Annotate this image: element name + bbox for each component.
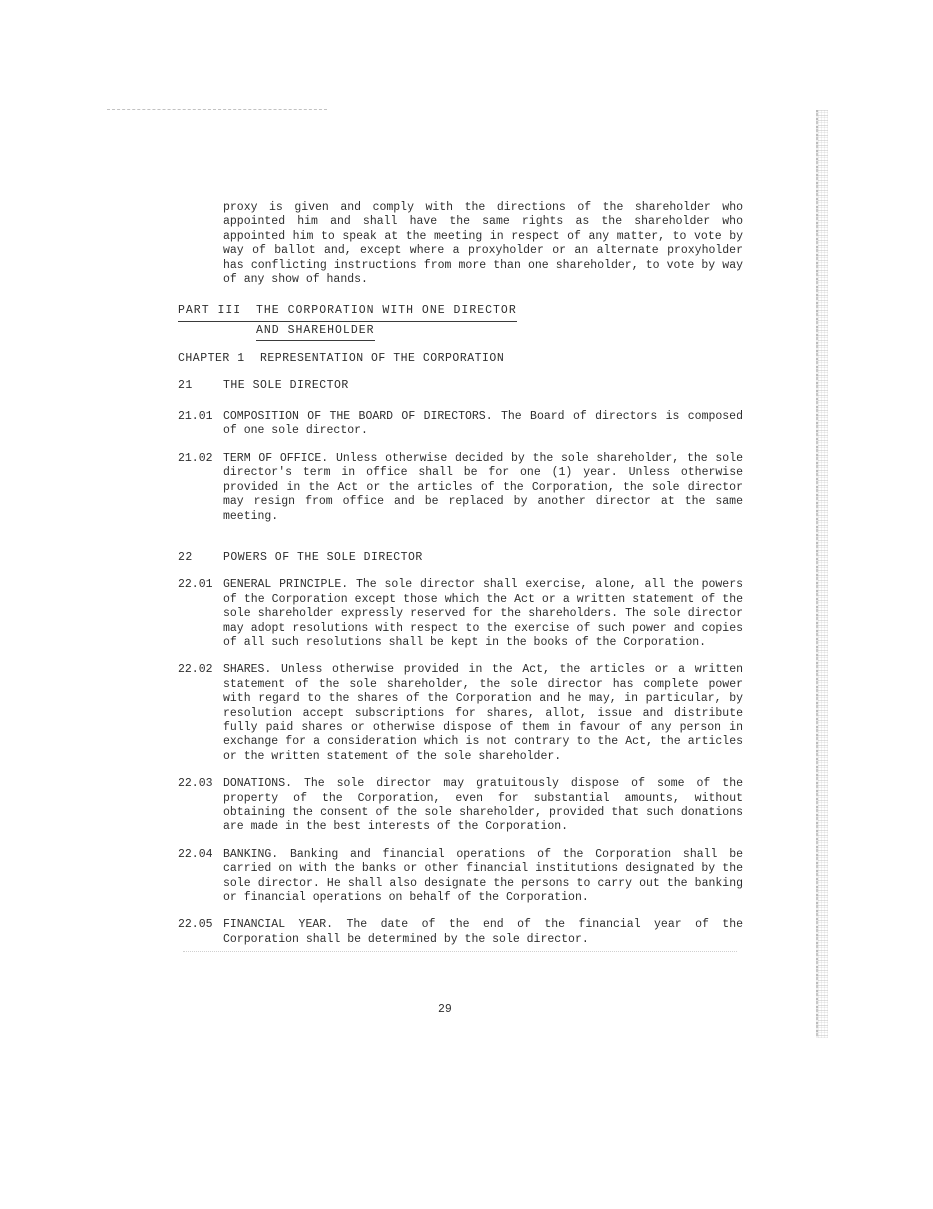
- page-content: proxy is given and comply with the direc…: [178, 201, 743, 947]
- clause-22-01-number: 22.01: [178, 578, 223, 650]
- part-label: PART III: [178, 304, 256, 318]
- part-title-line-1: THE CORPORATION WITH ONE DIRECTOR: [256, 304, 517, 318]
- section-22-heading: 22 POWERS OF THE SOLE DIRECTOR: [178, 551, 743, 565]
- section-22-number: 22: [178, 551, 223, 565]
- chapter-heading: CHAPTER 1 REPRESENTATION OF THE CORPORAT…: [178, 352, 743, 366]
- section-22-title: POWERS OF THE SOLE DIRECTOR: [223, 551, 423, 565]
- chapter-title: REPRESENTATION OF THE CORPORATION: [260, 352, 504, 366]
- part-title-line-2: AND SHAREHOLDER: [256, 324, 375, 341]
- clause-22-03: 22.03 DONATIONS. The sole director may g…: [178, 777, 743, 835]
- binding-edge-texture: [816, 110, 829, 1038]
- part-heading-line-2: AND SHAREHOLDER: [178, 324, 375, 341]
- document-page: proxy is given and comply with the direc…: [0, 0, 933, 1209]
- clause-22-04: 22.04 BANKING. Banking and financial ope…: [178, 848, 743, 906]
- clause-21-01: 21.01 COMPOSITION OF THE BOARD OF DIRECT…: [178, 410, 743, 439]
- chapter-label: CHAPTER 1: [178, 352, 260, 366]
- part-heading-line-1: PART III THE CORPORATION WITH ONE DIRECT…: [178, 304, 517, 321]
- clause-22-02-text: SHARES. Unless otherwise provided in the…: [223, 663, 743, 764]
- clause-21-02: 21.02 TERM OF OFFICE. Unless otherwise d…: [178, 452, 743, 524]
- clause-22-03-number: 22.03: [178, 777, 223, 835]
- page-number: 29: [438, 1003, 452, 1016]
- clause-21-01-number: 21.01: [178, 410, 223, 439]
- clause-22-04-text: BANKING. Banking and financial operation…: [223, 848, 743, 906]
- clause-21-01-text: COMPOSITION OF THE BOARD OF DIRECTORS. T…: [223, 410, 743, 439]
- clause-21-02-text: TERM OF OFFICE. Unless otherwise decided…: [223, 452, 743, 524]
- clause-22-05-number: 22.05: [178, 918, 223, 947]
- part-heading: PART III THE CORPORATION WITH ONE DIRECT…: [178, 304, 743, 341]
- clause-22-05: 22.05 FINANCIAL YEAR. The date of the en…: [178, 918, 743, 947]
- clause-21-02-number: 21.02: [178, 452, 223, 524]
- clause-22-01-text: GENERAL PRINCIPLE. The sole director sha…: [223, 578, 743, 650]
- clause-22-02: 22.02 SHARES. Unless otherwise provided …: [178, 663, 743, 764]
- intro-paragraph: proxy is given and comply with the direc…: [223, 201, 743, 287]
- clause-22-05-text: FINANCIAL YEAR. The date of the end of t…: [223, 918, 743, 947]
- section-21-number: 21: [178, 379, 223, 393]
- clause-22-03-text: DONATIONS. The sole director may gratuit…: [223, 777, 743, 835]
- scan-artifact-dotted-line: [183, 951, 737, 952]
- clause-22-01: 22.01 GENERAL PRINCIPLE. The sole direct…: [178, 578, 743, 650]
- clause-22-02-number: 22.02: [178, 663, 223, 764]
- section-21-title: THE SOLE DIRECTOR: [223, 379, 349, 393]
- section-21-heading: 21 THE SOLE DIRECTOR: [178, 379, 743, 393]
- clause-22-04-number: 22.04: [178, 848, 223, 906]
- part-label-spacer: [178, 324, 256, 341]
- binding-edge-speckle: [818, 110, 828, 1038]
- scan-artifact-dashed-line: [107, 109, 327, 110]
